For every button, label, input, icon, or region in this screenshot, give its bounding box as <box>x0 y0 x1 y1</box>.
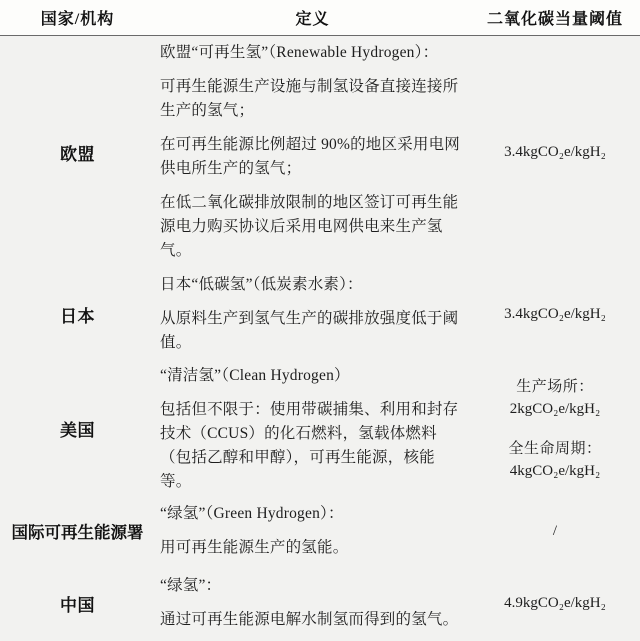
threshold-cell-china: 4.9kgCO₂e/kgH₂ <box>470 565 640 641</box>
definition-paragraph: 可再生能源生产设施与制氢设备直接连接所生产的氢气； <box>160 75 462 123</box>
threshold-cell-irena: / <box>470 497 640 565</box>
threshold-scope-lifecycle: 全生命周期： 4kgCO₂e/kgH₂ <box>508 438 601 482</box>
definition-cell-eu: 欧盟“可再生氢”（Renewable Hydrogen）： 可再生能源生产设施与… <box>155 36 470 268</box>
table-row-japan: 日本 日本“低碳氢”（低炭素水素）： 从原料生产到氢气生产的碳排放强度低于阈值。… <box>0 268 640 360</box>
entity-cell-eu: 欧盟 <box>0 36 155 268</box>
table-header-row: 国家/机构 定义 二氧化碳当量阈值 <box>0 0 640 36</box>
definition-paragraph: “绿氢”（Green Hydrogen）： <box>160 502 462 526</box>
header-country-org: 国家/机构 <box>0 6 155 29</box>
definition-cell-us: “清洁氢”（Clean Hydrogen） 包括但不限于：使用带碳捕集、利用和封… <box>155 360 470 497</box>
threshold-scope-label: 生产场所： <box>510 376 600 398</box>
table-row-china: 中国 “绿氢”： 通过可再生能源电解水制氢而得到的氢气。 4.9kgCO₂e/k… <box>0 565 640 641</box>
threshold-value: 3.4kgCO₂e/kgH₂ <box>504 141 606 163</box>
definition-paragraph: 在低二氧化碳排放限制的地区签订可再生能源电力购买协议后采用电网供电来生产氢气。 <box>160 191 462 263</box>
definition-cell-japan: 日本“低碳氢”（低炭素水素）： 从原料生产到氢气生产的碳排放强度低于阈值。 <box>155 268 470 360</box>
threshold-cell-us: 生产场所： 2kgCO₂e/kgH₂ 全生命周期： 4kgCO₂e/kgH₂ <box>470 360 640 497</box>
threshold-cell-eu: 3.4kgCO₂e/kgH₂ <box>470 36 640 268</box>
definition-paragraph: 在可再生能源比例超过 90%的地区采用电网供电所生产的氢气； <box>160 133 462 181</box>
threshold-scope-production-site: 生产场所： 2kgCO₂e/kgH₂ <box>510 376 600 420</box>
header-definition: 定义 <box>155 6 470 29</box>
entity-cell-us: 美国 <box>0 360 155 497</box>
table-row-irena: 国际可再生能源署 “绿氢”（Green Hydrogen）： 用可再生能源生产的… <box>0 497 640 565</box>
header-co2-threshold: 二氧化碳当量阈值 <box>470 6 640 29</box>
hydrogen-definitions-table: 国家/机构 定义 二氧化碳当量阈值 欧盟 欧盟“可再生氢”（Renewable … <box>0 0 640 641</box>
definition-cell-china: “绿氢”： 通过可再生能源电解水制氢而得到的氢气。 <box>155 565 470 641</box>
definition-paragraph: 从原料生产到氢气生产的碳排放强度低于阈值。 <box>160 307 462 355</box>
definition-paragraph: 用可再生能源生产的氢能。 <box>160 536 462 560</box>
entity-cell-china: 中国 <box>0 565 155 641</box>
threshold-value: 4.9kgCO₂e/kgH₂ <box>504 592 606 614</box>
table-row-eu: 欧盟 欧盟“可再生氢”（Renewable Hydrogen）： 可再生能源生产… <box>0 36 640 268</box>
threshold-value: 3.4kgCO₂e/kgH₂ <box>504 303 606 325</box>
definition-paragraph: 包括但不限于：使用带碳捕集、利用和封存技术（CCUS）的化石燃料，氢载体燃料（包… <box>160 398 462 494</box>
threshold-value: / <box>553 520 557 542</box>
threshold-scope-label: 全生命周期： <box>508 438 601 460</box>
entity-cell-irena: 国际可再生能源署 <box>0 497 155 565</box>
definition-paragraph: “清洁氢”（Clean Hydrogen） <box>160 364 462 388</box>
definition-paragraph: 通过可再生能源电解水制氢而得到的氢气。 <box>160 608 462 632</box>
definition-paragraph: “绿氢”： <box>160 574 462 598</box>
entity-cell-japan: 日本 <box>0 268 155 360</box>
definition-cell-irena: “绿氢”（Green Hydrogen）： 用可再生能源生产的氢能。 <box>155 497 470 565</box>
definition-paragraph: 日本“低碳氢”（低炭素水素）： <box>160 273 462 297</box>
definition-paragraph: 欧盟“可再生氢”（Renewable Hydrogen）： <box>160 41 462 65</box>
table-row-us: 美国 “清洁氢”（Clean Hydrogen） 包括但不限于：使用带碳捕集、利… <box>0 360 640 497</box>
threshold-cell-japan: 3.4kgCO₂e/kgH₂ <box>470 268 640 360</box>
threshold-value: 2kgCO₂e/kgH₂ <box>510 398 600 420</box>
threshold-value: 4kgCO₂e/kgH₂ <box>508 460 601 482</box>
